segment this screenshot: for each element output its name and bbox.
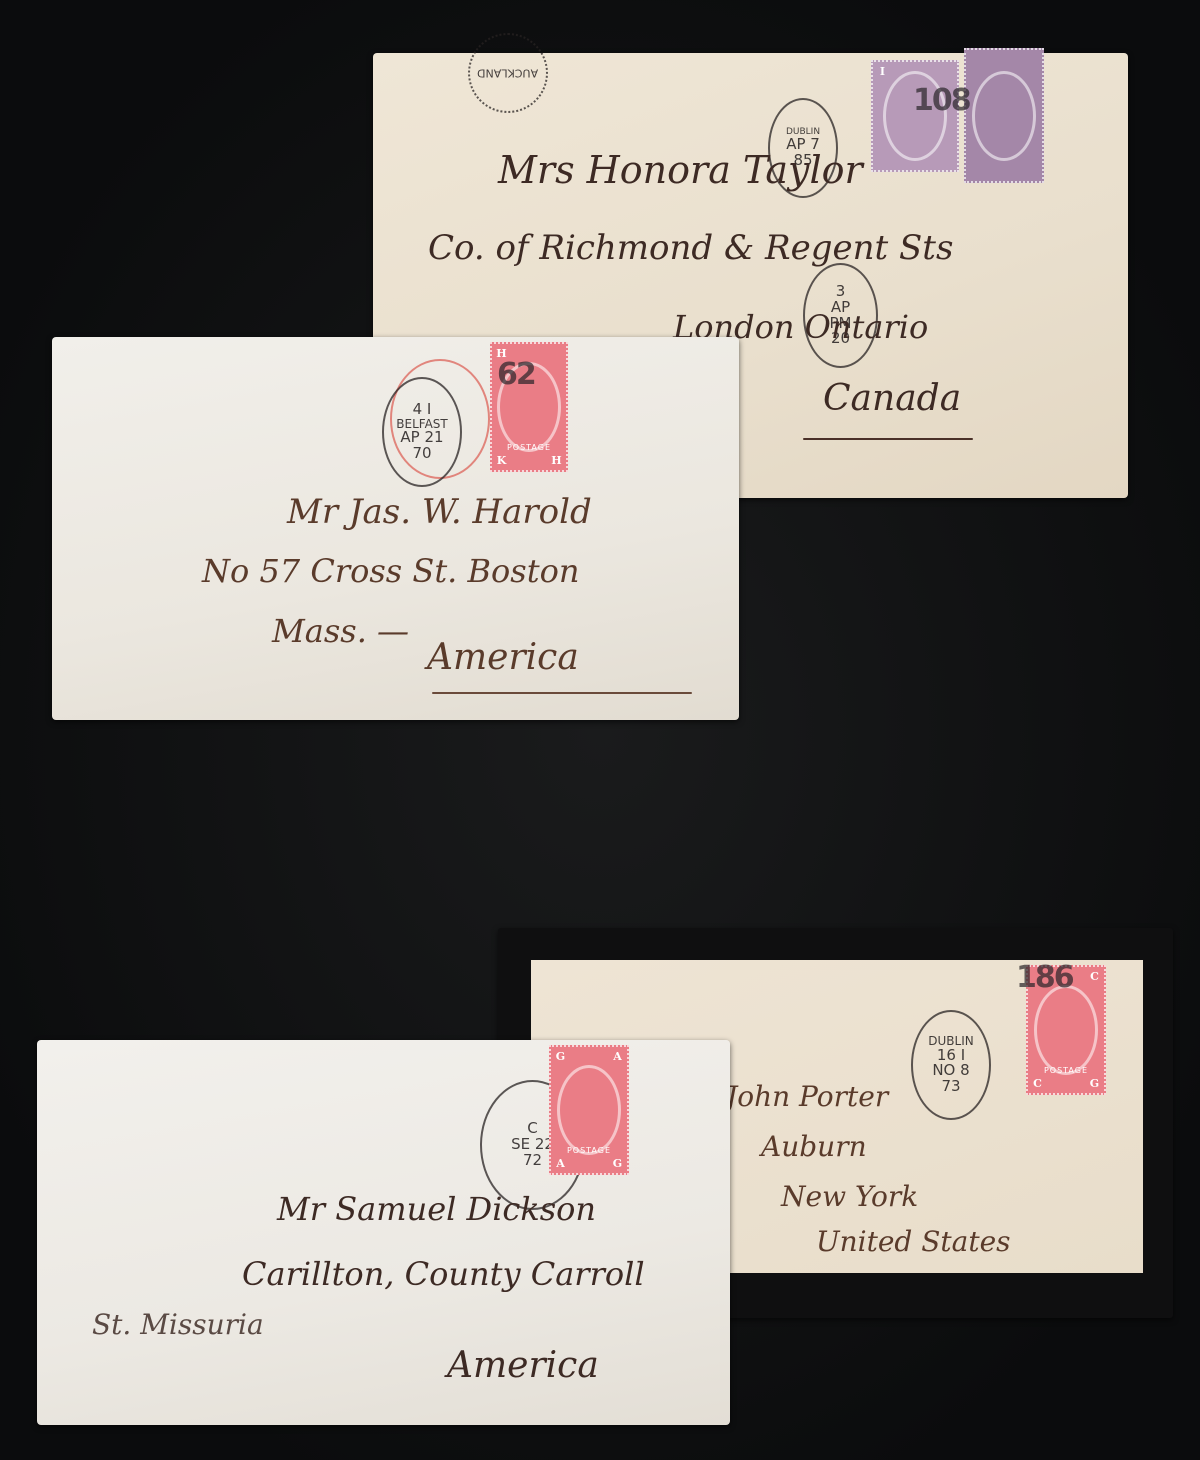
address-line-4: Canada xyxy=(823,378,961,419)
cover-america-dickson: C SE 22 72 G A A G POSTAGE Mr Samuel Dic… xyxy=(37,1040,730,1425)
numeral-cancel: 108 xyxy=(913,83,970,118)
address-underline xyxy=(803,438,973,440)
postmark-auckland: AUCKLAND xyxy=(468,33,548,113)
numeral-cancel: 186 xyxy=(1016,960,1073,995)
address-line-1: Mr Jas. W. Harold xyxy=(287,492,592,532)
address-line-4: America xyxy=(427,637,579,678)
queen-portrait xyxy=(1034,985,1098,1075)
album-page: AUCKLAND DUBLIN AP 7 85 I 108 3 AP PM 20… xyxy=(0,0,1200,1460)
address-line-2: No 57 Cross St. Boston xyxy=(202,552,579,590)
address-line-1: John Porter xyxy=(726,1080,888,1113)
postmark-dublin: DUBLIN 16 I NO 8 73 xyxy=(911,1010,991,1120)
cover-boston: 4 I BELFAST AP 21 70 H K H POSTAGE 62 Mr… xyxy=(52,337,739,720)
address-line-4: America xyxy=(447,1345,599,1386)
queen-portrait xyxy=(972,71,1036,161)
address-line-1: Mrs Honora Taylor xyxy=(498,148,863,192)
address-line-3: Mass. — xyxy=(272,612,409,650)
address-underline xyxy=(432,692,692,694)
address-line-4: United States xyxy=(816,1225,1011,1258)
address-line-2: Co. of Richmond & Regent Sts xyxy=(428,228,953,268)
postmark-belfast: 4 I BELFAST AP 21 70 xyxy=(382,377,462,487)
queen-portrait xyxy=(557,1065,621,1155)
numeral-cancel: 62 xyxy=(497,357,535,392)
stamp-one-penny xyxy=(964,48,1044,183)
stamp-threepence: G A A G POSTAGE xyxy=(549,1045,629,1175)
address-line-3: New York xyxy=(781,1180,918,1213)
address-line-3: St. Missuria xyxy=(92,1308,264,1341)
address-line-2: Auburn xyxy=(761,1130,867,1163)
address-line-1: Mr Samuel Dickson xyxy=(277,1190,596,1228)
address-line-2: Carillton, County Carroll xyxy=(242,1255,645,1293)
